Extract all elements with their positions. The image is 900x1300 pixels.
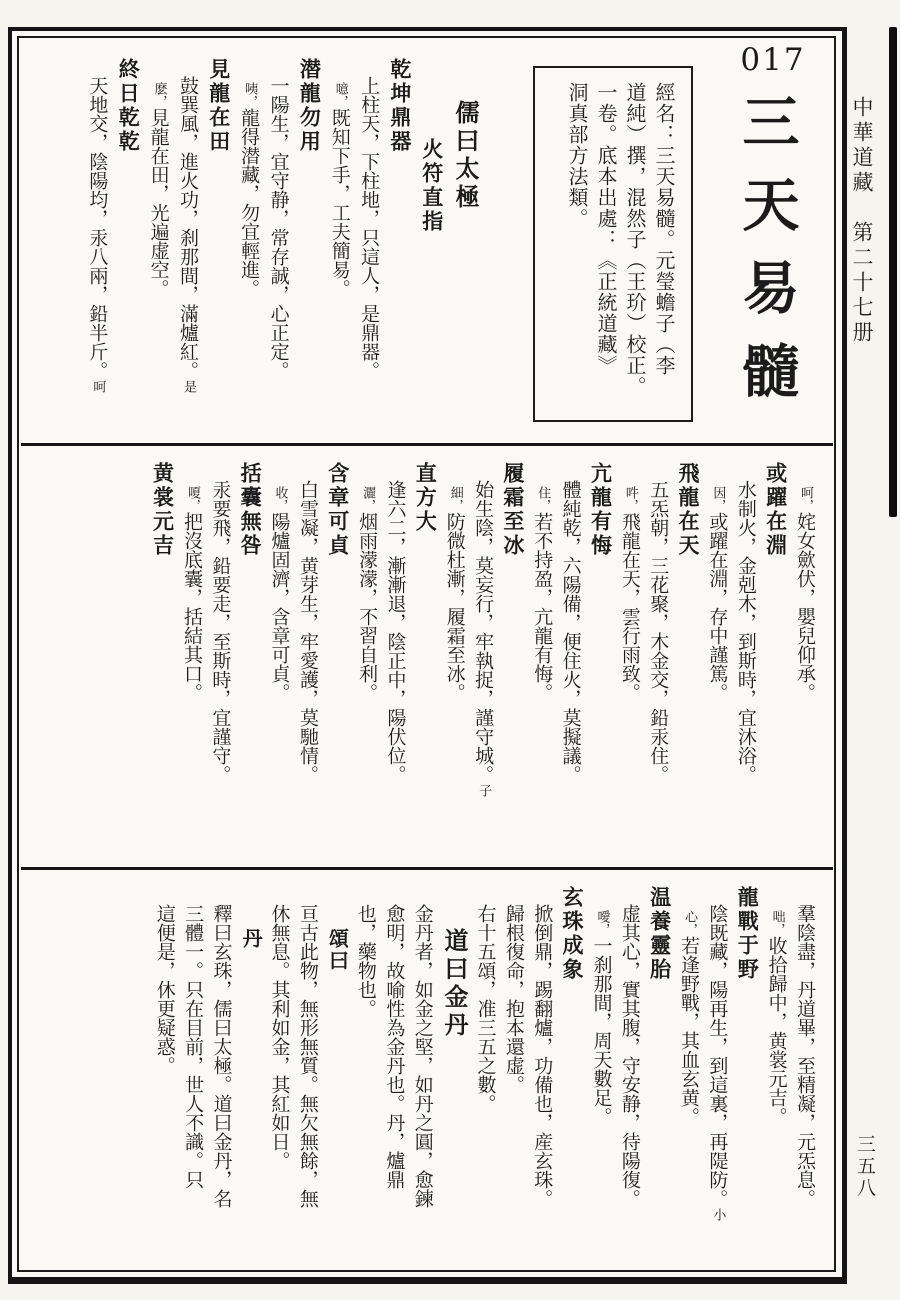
text-column: 飛龍在天 — [675, 450, 700, 864]
column-text: 歸根復命，抱本還虚。 — [503, 904, 525, 1094]
column-text: 三體一。只在目前，世人不識。只 — [182, 904, 204, 1189]
text-column: 龍戰于野 — [734, 874, 759, 1266]
comment-lead-char: 細， — [448, 486, 463, 512]
column-text: 釋曰玄珠，儒曰太極。道曰金丹，名 — [211, 904, 233, 1208]
text-column: 心，若逢野戰，其血玄黄。 — [678, 874, 700, 1266]
column-text: 一陽生，宜守静，常存誠，心正定。 — [268, 76, 290, 380]
column-text: 履霜至冰 — [501, 462, 526, 558]
column-text: 虚其心，實其腹，守安静，待陽復。 — [619, 904, 641, 1208]
carryover-char: 子 — [476, 784, 491, 797]
comment-lead-char: 麽， — [152, 82, 167, 108]
text-column: 也，藥物也。 — [355, 874, 377, 1266]
text-column: 體純乾，六陽備，便住火，莫擬議。 — [559, 450, 581, 864]
column-text: 若不持盈，亢龍有悔。 — [531, 512, 553, 702]
text-column: 呵，姹女歛伏，嬰兒仰承。 — [794, 450, 816, 864]
comment-lead-char: 呵， — [798, 486, 813, 512]
text-column: 右十五頌，准三五之數。 — [474, 874, 496, 1266]
column-text: 火符直指 — [420, 138, 445, 234]
text-column: 玄珠成象 — [559, 874, 584, 1266]
volume-label: 中華道藏 第二十七册 — [851, 96, 872, 356]
column-text: 温養靈胎 — [648, 886, 673, 982]
text-column: 火符直指 — [419, 46, 444, 440]
text-column: 温養靈胎 — [647, 874, 672, 1266]
text-column: 麽，見龍在田，光遍虚空。 — [147, 46, 169, 440]
section-top-register: 儒曰太極火符直指乾坤鼎器上柱天，下柱地，只這人，是鼎器。噫，既知下手，工夫簡易。… — [28, 46, 486, 440]
column-text: 收拾歸中，黄裳元吉。 — [766, 936, 788, 1126]
column-text: 或躍在淵，存中謹篤。 — [706, 512, 728, 702]
column-text: 儒曰太極 — [451, 100, 480, 212]
column-text: 頌曰 — [326, 928, 350, 972]
colophon-line: 道純）撰，混然子（王玠）校正。 — [625, 82, 645, 406]
comment-lead-char: 因， — [710, 486, 725, 512]
colophon-line: 洞真部方法類。 — [567, 82, 587, 406]
text-column: 亢龍有悔 — [588, 450, 613, 864]
column-text: 見龍在田 — [207, 58, 232, 154]
comment-lead-char: 吽， — [623, 486, 638, 512]
comment-lead-char: 收， — [273, 486, 288, 512]
text-column: 含章可貞 — [325, 450, 350, 864]
text-column: 直方大 — [413, 450, 438, 864]
carryover-char: 呵 — [90, 380, 105, 393]
column-text: 鼓巽風，進火功，刹那間，滿爐紅。 — [177, 76, 199, 380]
text-column: 鼓巽風，進火功，刹那間，滿爐紅。是 — [177, 46, 199, 440]
column-text: 亢龍有悔 — [588, 462, 613, 558]
page-number: 三五八 — [855, 1134, 874, 1214]
text-column: 咄，收拾歸中，黄裳元吉。 — [765, 874, 787, 1266]
column-text: 一刹那間，周天數足。 — [590, 936, 612, 1126]
column-text: 也，藥物也。 — [355, 904, 377, 1018]
column-text: 含章可貞 — [326, 462, 351, 558]
column-text: 既知下手，工夫簡易。 — [329, 108, 351, 298]
text-column: 水制火，金剋木，到斯時，宜沐浴。 — [734, 450, 756, 864]
doc-number: 017 — [735, 42, 811, 78]
column-text: 姹女歛伏，嬰兒仰承。 — [794, 512, 816, 702]
column-text: 丹 — [239, 928, 263, 950]
column-text: 陰既藏，陽再生，到這裏，再隄防。 — [706, 904, 728, 1208]
colophon-line: 一卷。底本出處：《正統道藏》 — [596, 82, 616, 406]
text-column: 終日乾乾 — [115, 46, 140, 440]
column-text: 飛龍在天，雲行雨致。 — [619, 512, 641, 702]
text-column: 亘古此物，無形無質。無欠無餘，無 — [297, 874, 319, 1266]
text-column: 五炁朝，三花聚，木金交，鉛汞住。 — [647, 450, 669, 864]
comment-lead-char: 嗄， — [185, 486, 200, 512]
column-text: 亘古此物，無形無質。無欠無餘，無 — [297, 904, 319, 1208]
text-column: 道曰金丹 — [440, 874, 468, 1266]
column-text: 陽爐固濟，含章可貞。 — [269, 512, 291, 702]
column-text: 五炁朝，三花聚，木金交，鉛汞住。 — [647, 480, 669, 784]
text-column: 釋曰玄珠，儒曰太極。道曰金丹，名 — [210, 874, 232, 1266]
comment-lead-char: 咦， — [242, 82, 257, 108]
comment-lead-char: 噯， — [594, 910, 609, 936]
column-text: 玄珠成象 — [560, 886, 585, 982]
text-column: 噯，一刹那間，周天數足。 — [590, 874, 612, 1266]
scan-edge-artifact — [889, 27, 897, 517]
comment-lead-char: 心， — [682, 910, 697, 936]
section-divider-top — [21, 443, 833, 446]
carryover-char: 是 — [181, 380, 196, 393]
column-text: 始生陰，莫妄行，牢執捉，謹守城。 — [472, 480, 494, 784]
text-column: 天地交，陰陽均，汞八兩，鉛半斤。呵 — [86, 46, 108, 440]
text-column: 上柱天，下柱地，只這人，是鼎器。 — [358, 46, 380, 440]
text-column: 收，陽爐固濟，含章可貞。 — [268, 450, 290, 864]
section-middle-register: 呵，姹女歛伏，嬰兒仰承。或躍在淵水制火，金剋木，到斯時，宜沐浴。因，或躍在淵，存… — [28, 450, 822, 864]
text-column: 掀倒鼎，踢翻爐，功備也，産玄珠。 — [531, 874, 553, 1266]
text-column: 住，若不持盈，亢龍有悔。 — [531, 450, 553, 864]
column-text: 水制火，金剋木，到斯時，宜沐浴。 — [735, 480, 757, 784]
column-text: 潜龍勿用 — [297, 58, 322, 154]
column-text: 防微杜漸，履霜至冰。 — [444, 512, 466, 702]
text-column: 咦，龍得潜藏，勿宜輕進。 — [238, 46, 260, 440]
text-column: 虚其心，實其腹，守安静，待陽復。 — [618, 874, 640, 1266]
comment-lead-char: 噫， — [333, 82, 348, 108]
column-text: 黄裳元吉 — [151, 462, 176, 558]
text-column: 丹 — [239, 874, 263, 1266]
column-text: 括囊無咎 — [238, 462, 263, 558]
text-column: 頌曰 — [325, 874, 349, 1266]
column-text: 飛龍在天 — [676, 462, 701, 558]
column-text: 若逢野戰，其血玄黄。 — [678, 936, 700, 1126]
text-column: 金丹者，如金之堅，如丹之圓，愈鍊 — [411, 874, 433, 1266]
comment-lead-char: 咄， — [770, 910, 785, 936]
text-column: 黄裳元吉 — [150, 450, 175, 864]
text-column: 歸根復命，抱本還虚。 — [502, 874, 524, 1266]
text-column: 始生陰，莫妄行，牢執捉，謹守城。子 — [472, 450, 494, 864]
column-text: 白雪凝，黄芽生，牢愛護，莫馳情。 — [297, 480, 319, 784]
column-text: 見龍在田，光遍虚空。 — [148, 108, 170, 298]
text-column: 汞要飛，鉛要走，至斯時，宜謹守。 — [209, 450, 231, 864]
column-text: 龍戰于野 — [735, 886, 760, 982]
column-text: 右十五頌，准三五之數。 — [474, 904, 496, 1113]
column-text: 把沒底囊，括結其口。 — [181, 512, 203, 702]
column-text: 終日乾乾 — [116, 58, 141, 154]
text-column: 羣陰盡，丹道畢，至精凝，元炁息。 — [794, 874, 816, 1266]
column-text: 掀倒鼎，踢翻爐，功備也，産玄珠。 — [531, 904, 553, 1208]
column-text: 這便是，休更疑惑。 — [154, 904, 176, 1075]
column-text: 羣陰盡，丹道畢，至精凝，元炁息。 — [794, 904, 816, 1208]
text-column: 細，防微杜漸，履霜至冰。 — [443, 450, 465, 864]
column-text: 直方大 — [413, 462, 438, 534]
column-text: 烟雨濛濛，不習自利。 — [356, 512, 378, 702]
column-text: 愈明，故喻性為金丹也。丹，爐鼎 — [383, 904, 405, 1189]
section-bottom-register: 羣陰盡，丹道畢，至精凝，元炁息。咄，收拾歸中，黄裳元吉。龍戰于野陰既藏，陽再生，… — [28, 874, 822, 1266]
text-column: 愈明，故喻性為金丹也。丹，爐鼎 — [383, 874, 405, 1266]
column-text: 逢六二，漸漸退，陰正中，陽伏位。 — [385, 480, 407, 784]
text-column: 儒曰太極 — [451, 46, 479, 440]
text-column: 這便是，休更疑惑。 — [153, 874, 175, 1266]
column-text: 天地交，陰陽均，汞八兩，鉛半斤。 — [86, 76, 108, 380]
comment-lead-char: 灑， — [360, 486, 375, 512]
text-column: 白雪凝，黄芽生，牢愛護，莫馳情。 — [297, 450, 319, 864]
column-text: 休無息。其利如金，其紅如日。 — [269, 904, 291, 1170]
column-text: 或躍在淵 — [764, 462, 789, 558]
text-column: 乾坤鼎器 — [387, 46, 412, 440]
column-text: 金丹者，如金之堅，如丹之圓，愈鍊 — [412, 904, 434, 1208]
text-column: 嗄，把沒底囊，括結其口。 — [181, 450, 203, 864]
text-column: 逢六二，漸漸退，陰正中，陽伏位。 — [384, 450, 406, 864]
colophon-line: 經名：三天易髓。元瑩蟾子（李 — [654, 82, 674, 406]
column-text: 道曰金丹 — [440, 928, 469, 1040]
text-column: 括囊無咎 — [237, 450, 262, 864]
text-column: 噫，既知下手，工夫簡易。 — [328, 46, 350, 440]
text-column: 一陽生，宜守静，常存誠，心正定。 — [267, 46, 289, 440]
section-divider-bottom — [21, 867, 833, 870]
text-column: 三體一。只在目前，世人不識。只 — [182, 874, 204, 1266]
text-column: 或躍在淵 — [763, 450, 788, 864]
text-column: 因，或躍在淵，存中謹篤。 — [706, 450, 728, 864]
column-text: 體純乾，六陽備，便住火，莫擬議。 — [560, 480, 582, 784]
text-column: 吽，飛龍在天，雲行雨致。 — [618, 450, 640, 864]
text-column: 履霜至冰 — [500, 450, 525, 864]
colophon-box: 經名：三天易髓。元瑩蟾子（李 道純）撰，混然子（王玠）校正。 一卷。底本出處：《… — [533, 66, 693, 422]
column-text: 上柱天，下柱地，只這人，是鼎器。 — [358, 76, 380, 380]
column-text: 龍得潜藏，勿宜輕進。 — [238, 108, 260, 298]
text-column: 陰既藏，陽再生，到這裏，再隄防。小 — [706, 874, 728, 1266]
column-text: 乾坤鼎器 — [388, 58, 413, 154]
text-column: 休無息。其利如金，其紅如日。 — [268, 874, 290, 1266]
carryover-char: 小 — [710, 1208, 725, 1221]
comment-lead-char: 住， — [535, 486, 550, 512]
text-column: 潜龍勿用 — [297, 46, 322, 440]
text-column: 灑，烟雨濛濛，不習自利。 — [356, 450, 378, 864]
text-column: 見龍在田 — [206, 46, 231, 440]
column-text: 汞要飛，鉛要走，至斯時，宜謹守。 — [209, 480, 231, 784]
doc-title: 三天易髓 — [738, 92, 795, 442]
